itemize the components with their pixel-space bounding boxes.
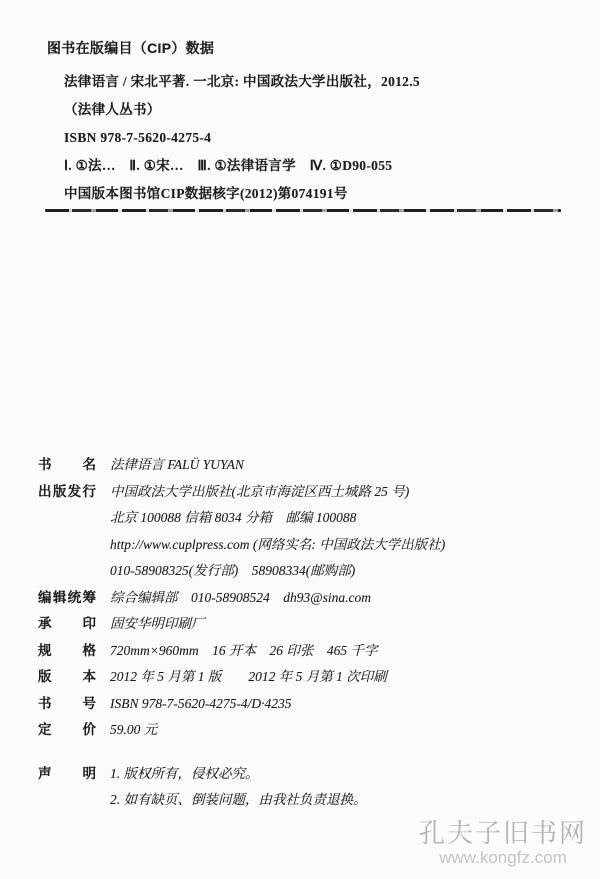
colophon-field-label: 规格 [38, 638, 96, 665]
colophon-value-line: http://www.cuplpress.com (网络实名: 中国政法大学出版… [110, 532, 445, 559]
cip-block: 图书在版编目（CIP）数据 法律语言 / 宋北平著. 一北京: 中国政法大学出版… [47, 38, 570, 208]
colophon-field-value: 1. 版权所有，侵权必究。2. 如有缺页、倒装问题，由我社负责退换。 [110, 761, 367, 814]
colophon-field-value: 固安华明印刷厂 [110, 611, 205, 638]
colophon-field-label: 版本 [38, 664, 96, 691]
colophon-field-label: 声明 [38, 761, 96, 788]
colophon-row: 出版发行 中国政法大学出版社(北京市海淀区西土城路 25 号)北京 100088… [38, 479, 582, 585]
cip-line-registry-number: 中国版本图书馆CIP数据核字(2012)第074191号 [64, 180, 570, 208]
colophon-field-value: 法律语言 FALÜ YUYAN [110, 452, 244, 479]
cip-line-title-statement: 法律语言 / 宋北平著. 一北京: 中国政法大学出版社，2012.5 [64, 68, 570, 96]
colophon-value-line: 1. 版权所有，侵权必究。 [110, 761, 367, 788]
cip-heading: 图书在版编目（CIP）数据 [47, 38, 570, 58]
colophon-value-line: 固安华明印刷厂 [110, 611, 205, 638]
colophon-field-value: 59.00 元 [110, 717, 157, 744]
divider-line [45, 209, 561, 212]
colophon-value-line: 中国政法大学出版社(北京市海淀区西土城路 25 号) [110, 479, 445, 506]
colophon-field-label: 定价 [38, 717, 96, 744]
colophon-row: 承印 固安华明印刷厂 [38, 611, 582, 638]
colophon-block: 书名 法律语言 FALÜ YUYAN 出版发行 中国政法大学出版社(北京市海淀区… [38, 452, 582, 814]
colophon-value-line: ISBN 978-7-5620-4275-4/D·4235 [110, 691, 291, 718]
colophon-value-line: 法律语言 FALÜ YUYAN [110, 452, 244, 479]
watermark-site-name: 孔夫子旧书网 [419, 819, 587, 848]
colophon-value-line: 010-58908325(发行部) 58908334(邮购部) [110, 558, 445, 585]
colophon-value-line: 59.00 元 [110, 717, 157, 744]
colophon-field-label: 承印 [38, 611, 96, 638]
colophon-value-line: 2. 如有缺页、倒装问题，由我社负责退换。 [110, 787, 367, 814]
colophon-value-line: 2012 年 5 月第 1 版 2012 年 5 月第 1 次印刷 [110, 664, 387, 691]
colophon-field-value: 2012 年 5 月第 1 版 2012 年 5 月第 1 次印刷 [110, 664, 387, 691]
cip-line-classification: Ⅰ. ①法… Ⅱ. ①宋… Ⅲ. ①法律语言学 Ⅳ. ①D90-055 [64, 152, 570, 180]
kongfz-watermark: 孔夫子旧书网 www.kongfz.com [419, 819, 587, 868]
colophon-row: 书号 ISBN 978-7-5620-4275-4/D·4235 [38, 691, 582, 718]
colophon-value-line: 综合编辑部 010-58908524 dh93@sina.com [110, 585, 371, 612]
colophon-row: 编辑统筹 综合编辑部 010-58908524 dh93@sina.com [38, 585, 582, 612]
colophon-field-label: 书号 [38, 691, 96, 718]
colophon-field-label: 出版发行 [38, 479, 96, 506]
watermark-site-url: www.kongfz.com [419, 848, 587, 868]
cip-lines: 法律语言 / 宋北平著. 一北京: 中国政法大学出版社，2012.5 （法律人丛… [64, 68, 570, 208]
colophon-row: 声明 1. 版权所有，侵权必究。2. 如有缺页、倒装问题，由我社负责退换。 [38, 761, 582, 814]
colophon-field-value: 720mm×960mm 16 开本 26 印张 465 千字 [110, 638, 377, 665]
colophon-field-value: 综合编辑部 010-58908524 dh93@sina.com [110, 585, 371, 612]
colophon-value-line: 720mm×960mm 16 开本 26 印张 465 千字 [110, 638, 377, 665]
colophon-row: 书名 法律语言 FALÜ YUYAN [38, 452, 582, 479]
colophon-value-line: 北京 100088 信箱 8034 分箱 邮编 100088 [110, 505, 445, 532]
colophon-field-value: ISBN 978-7-5620-4275-4/D·4235 [110, 691, 291, 718]
cip-line-series: （法律人丛书） [64, 96, 570, 124]
cip-line-isbn: ISBN 978-7-5620-4275-4 [64, 124, 570, 152]
colophon-field-value: 中国政法大学出版社(北京市海淀区西土城路 25 号)北京 100088 信箱 8… [110, 479, 445, 585]
colophon-row: 定价 59.00 元 [38, 717, 582, 744]
colophon-row: 版本 2012 年 5 月第 1 版 2012 年 5 月第 1 次印刷 [38, 664, 582, 691]
colophon-row: 规格 720mm×960mm 16 开本 26 印张 465 千字 [38, 638, 582, 665]
colophon-field-label: 编辑统筹 [38, 585, 96, 612]
colophon-field-label: 书名 [38, 452, 96, 479]
